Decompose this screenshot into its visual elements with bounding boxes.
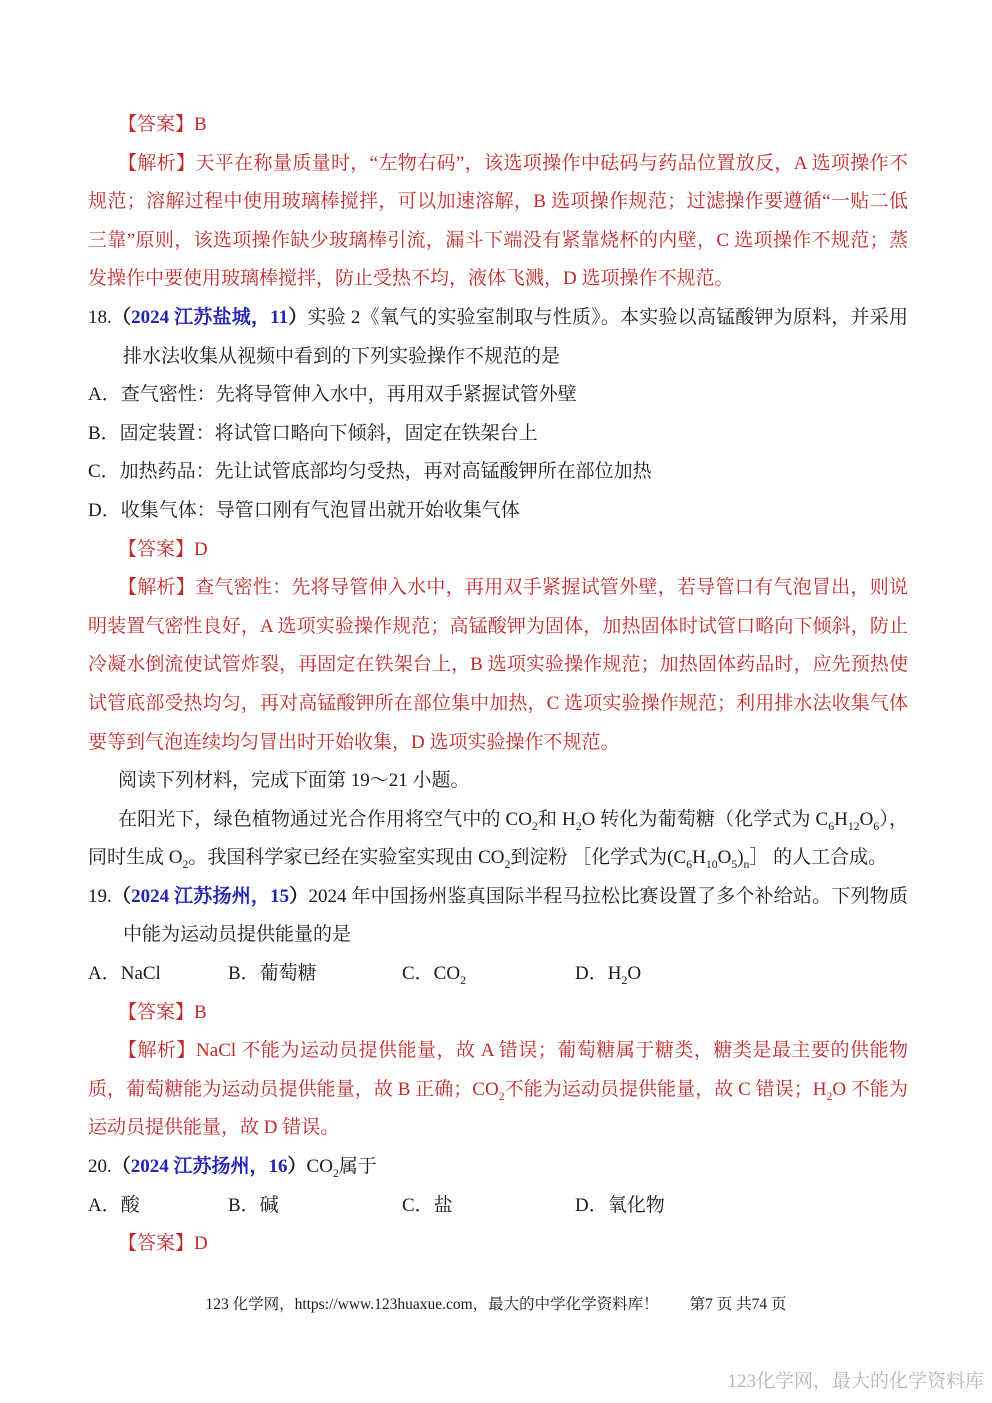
q20-options: A．酸B．碱C．盐D．氧化物: [88, 1187, 908, 1226]
answer-label: 【答案】: [118, 114, 194, 135]
q18-number: 18.: [88, 307, 112, 328]
q20-option-b: B．碱: [228, 1187, 402, 1226]
q19-number: 19.: [88, 886, 112, 907]
q19-answer-line: 【答案】B: [88, 994, 908, 1033]
page-footer: 123 化学网，https://www.123huaxue.com，最大的中学化…: [0, 1292, 992, 1314]
q20-stem-text: CO2属于: [307, 1156, 377, 1177]
q18-paren-close: ）: [288, 307, 307, 328]
q18-option-b: B．固定装置：将试管口略向下倾斜，固定在铁架台上: [88, 415, 908, 454]
page-content: 【答案】B 【解析】天平在称量质量时，“左物右码”，该选项操作中砝码与药品位置放…: [88, 106, 908, 1264]
q18-analysis: 【解析】查气密性：先将导管伸入水中，再用双手紧握试管外壁，若导管口有气泡冒出，则…: [88, 569, 908, 762]
q20-source: 2024 江苏扬州，16: [131, 1156, 288, 1177]
q19-answer-value: B: [194, 1002, 207, 1023]
q19-option-b: B．葡萄糖: [228, 955, 402, 994]
q19-analysis-text: NaCl 不能为运动员提供能量，故 A 错误；葡萄糖属于糖类，糖类是最主要的供能…: [88, 1040, 908, 1138]
q20-answer-line: 【答案】D: [88, 1225, 908, 1264]
q19-stem: 19.（2024 江苏扬州，15）2024 年中国扬州鉴真国际半程马拉松比赛设置…: [88, 878, 908, 955]
answer-label: 【答案】: [118, 539, 194, 560]
answer-label: 【答案】: [118, 1002, 194, 1023]
analysis-label: 【解析】: [118, 153, 195, 174]
q19-source: 2024 江苏扬州，15: [131, 886, 289, 907]
q17-analysis-text: 天平在称量质量时，“左物右码”，该选项操作中砝码与药品位置放反，A 选项操作不规…: [88, 153, 908, 290]
document-page: 【答案】B 【解析】天平在称量质量时，“左物右码”，该选项操作中砝码与药品位置放…: [0, 0, 992, 1403]
q18-analysis-text: 查气密性：先将导管伸入水中，再用双手紧握试管外壁，若导管口有气泡冒出，则说明装置…: [88, 577, 908, 752]
q20-option-d: D．氧化物: [575, 1187, 665, 1226]
footer-page-number: 第7 页 共74 页: [690, 1296, 787, 1313]
q18-option-c: C．加热药品：先让试管底部均匀受热，再对高锰酸钾所在部位加热: [88, 453, 908, 492]
q17-analysis: 【解析】天平在称量质量时，“左物右码”，该选项操作中砝码与药品位置放反，A 选项…: [88, 145, 908, 299]
q18-stem: 18.（2024 江苏盐城，11）实验 2《氧气的实验室制取与性质》。本实验以高…: [88, 299, 908, 376]
analysis-label: 【解析】: [118, 577, 195, 598]
q20-answer-value: D: [194, 1233, 208, 1254]
q18-paren-open: （: [112, 307, 131, 328]
q18-source: 2024 江苏盐城，11: [131, 307, 288, 328]
footer-site-text: 123 化学网，https://www.123huaxue.com，最大的中学化…: [205, 1296, 658, 1313]
q19-option-a: A．NaCl: [88, 955, 228, 994]
q19-options: A．NaClB．葡萄糖C．CO2D．H2O: [88, 955, 908, 994]
answer-label: 【答案】: [118, 1233, 194, 1254]
reading-intro: 阅读下列材料，完成下面第 19～21 小题。: [88, 762, 908, 801]
q20-option-c: C．盐: [402, 1187, 575, 1226]
q18-option-d: D．收集气体：导管口刚有气泡冒出就开始收集气体: [88, 492, 908, 531]
q18-answer-line: 【答案】D: [88, 531, 908, 570]
watermark-text: 123化学网，最大的化学资料库: [727, 1366, 984, 1393]
q19-paren-open: （: [112, 886, 131, 907]
q19-option-c: C．CO2: [402, 955, 575, 994]
q17-answer-line: 【答案】B: [88, 106, 908, 145]
q19-paren-close: ）: [289, 886, 308, 907]
q18-answer-value: D: [194, 539, 208, 560]
reading-material: 在阳光下，绿色植物通过光合作用将空气中的 CO2和 H2O 转化为葡萄糖（化学式…: [88, 801, 908, 878]
analysis-label: 【解析】: [118, 1040, 196, 1061]
q20-number: 20.: [88, 1156, 112, 1177]
q20-stem: 20.（2024 江苏扬州，16）CO2属于: [88, 1148, 908, 1187]
q20-paren-open: （: [112, 1156, 131, 1177]
q19-analysis: 【解析】NaCl 不能为运动员提供能量，故 A 错误；葡萄糖属于糖类，糖类是最主…: [88, 1032, 908, 1148]
q20-option-a: A．酸: [88, 1187, 228, 1226]
q17-answer-value: B: [194, 114, 207, 135]
q20-paren-close: ）: [288, 1156, 307, 1177]
q19-option-d: D．H2O: [575, 955, 641, 994]
q18-option-a: A．查气密性：先将导管伸入水中，再用双手紧握试管外壁: [88, 376, 908, 415]
